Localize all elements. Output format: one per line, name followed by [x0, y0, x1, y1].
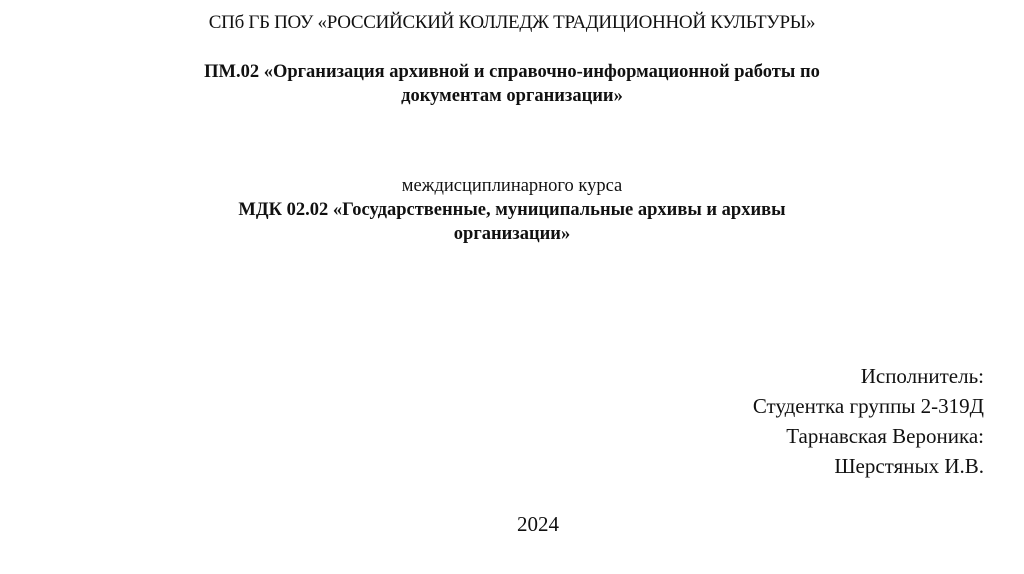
course-title: МДК 02.02 «Государственные, муниципальны… [0, 198, 1024, 246]
course-title-line-2: организации» [0, 222, 1024, 246]
supervisor-name: Шерстяных И.В. [753, 451, 984, 481]
module-title: ПМ.02 «Организация архивной и справочно-… [0, 60, 1024, 108]
author-block: Исполнитель: Студентка группы 2-319Д Тар… [753, 361, 984, 481]
course-label: междисциплинарного курса [0, 176, 1024, 197]
performer-label: Исполнитель: [753, 361, 984, 391]
course-title-line-1: МДК 02.02 «Государственные, муниципальны… [0, 198, 1024, 222]
institution-name: СПб ГБ ПОУ «РОССИЙСКИЙ КОЛЛЕДЖ ТРАДИЦИОН… [0, 12, 1024, 34]
student-name: Тарнавская Вероника: [753, 421, 984, 451]
module-title-line-2: документам организации» [0, 84, 1024, 108]
year: 2024 [26, 512, 1024, 537]
module-title-line-1: ПМ.02 «Организация архивной и справочно-… [0, 60, 1024, 84]
student-group: Студентка группы 2-319Д [753, 391, 984, 421]
